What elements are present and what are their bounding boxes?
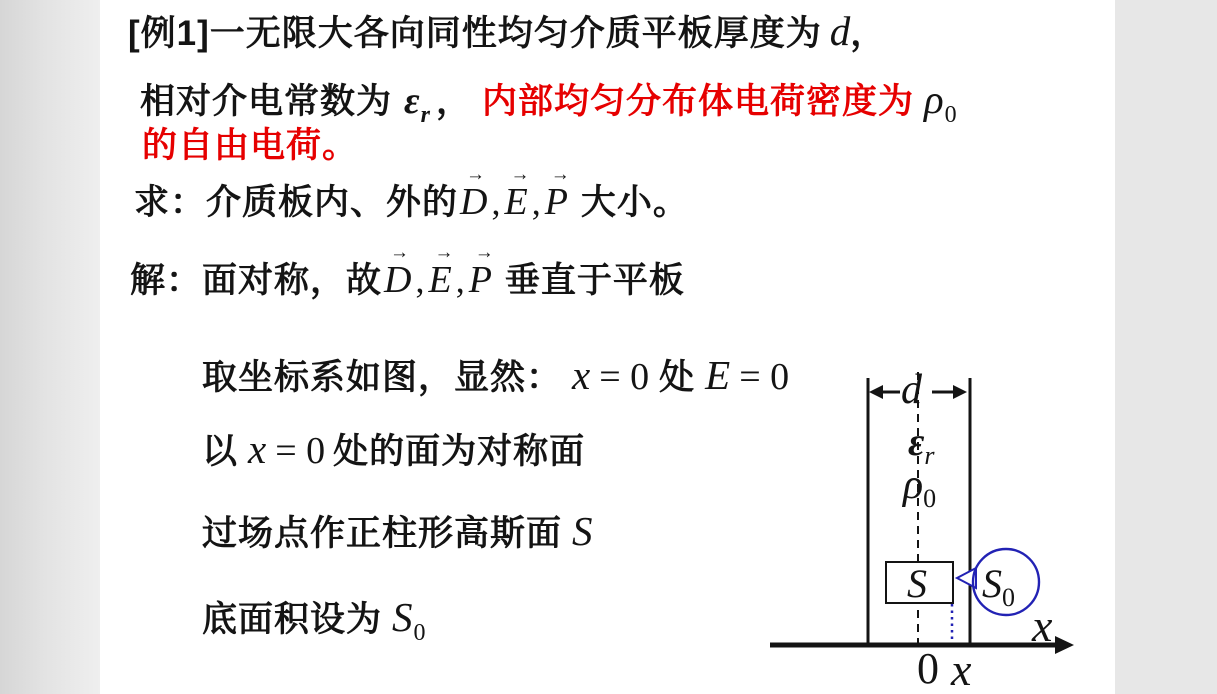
- vector-E: →E: [428, 259, 452, 299]
- line5-prefix: 解：面对称，故: [130, 261, 382, 300]
- vector-D-letter: D: [384, 259, 412, 301]
- vector-arrow-icon: →: [510, 165, 529, 184]
- line2-text: 相对介电常数为: [140, 82, 392, 121]
- line4-suffix: 大小。: [581, 183, 689, 222]
- x-axis-label: x: [1031, 600, 1053, 651]
- base-area-sub: 0: [1002, 583, 1015, 612]
- math-S0: S0: [392, 594, 426, 640]
- vector-P-letter: P: [469, 259, 493, 301]
- problem-statement-line2: 相对介电常数为εr，内部均匀分布体电荷密度为ρ0: [140, 74, 957, 130]
- vector-E-letter: E: [504, 181, 528, 223]
- question-line: 求：介质板内、外的→D,→E,→P大小。: [134, 180, 689, 225]
- diagram-epsilon: ε: [908, 419, 925, 464]
- epsilon-symbol: εr: [404, 80, 430, 122]
- epsilon-subscript: r: [421, 102, 430, 128]
- vector-arrow-icon: →: [475, 243, 494, 262]
- vector-D: →D: [460, 181, 488, 221]
- problem-statement-line1: [例1]一无限大各向同性均匀介质平板厚度为d，: [128, 6, 886, 57]
- rho-subscript: 0: [945, 102, 957, 128]
- field-point-label: x: [950, 644, 972, 694]
- vector-arrow-icon: →: [466, 165, 485, 184]
- comma: ,: [456, 260, 466, 300]
- thickness-label: d: [901, 367, 923, 413]
- comma: ,: [532, 182, 542, 222]
- line4-prefix: 求：介质板内、外的: [134, 183, 458, 222]
- diagram-epsilon-sub: r: [924, 441, 935, 470]
- line7-suffix: 处的面为对称面: [333, 432, 585, 471]
- math-E: E: [705, 352, 730, 398]
- problem-statement-line3: 的自由电荷。: [142, 124, 358, 168]
- vector-E: →E: [504, 181, 528, 221]
- math-x: x: [572, 352, 590, 398]
- vector-P-letter: P: [545, 181, 569, 223]
- vector-arrow-icon: →: [434, 243, 453, 262]
- line6-prefix: 取坐标系如图，显然：: [202, 358, 562, 397]
- x-axis-arrowhead-icon: [1055, 636, 1074, 654]
- line9-text: 底面积设为: [202, 600, 382, 639]
- right-margin-strip: [1115, 0, 1217, 694]
- epsilon-letter: ε: [404, 80, 420, 122]
- vector-E-letter: E: [428, 259, 452, 301]
- line1-text: [例1]一无限大各向同性均匀介质平板厚度为: [128, 14, 822, 53]
- vector-arrow-icon: →: [551, 165, 570, 184]
- line1-comma: ，: [850, 14, 886, 53]
- gauss-surface-line: 过场点作正柱形高斯面S: [202, 506, 593, 557]
- diagram-rho-sub: 0: [923, 484, 936, 513]
- left-margin-strip: [0, 0, 100, 694]
- vector-P: →P: [545, 181, 569, 221]
- solution-line: 解：面对称，故→D,→E,→P垂直于平板: [130, 258, 685, 303]
- vector-P: →P: [469, 259, 493, 299]
- math-S0-letter: S: [392, 594, 413, 640]
- comma: ,: [491, 182, 501, 222]
- line3-red-text: 的自由电荷。: [142, 126, 358, 165]
- vector-D-letter: D: [460, 181, 488, 223]
- thickness-arrow-right-head-icon: [953, 385, 967, 399]
- line5-suffix: 垂直于平板: [505, 261, 685, 300]
- line6-mid: 处: [659, 358, 695, 397]
- diagram-rho: ρ: [901, 462, 923, 508]
- base-area-letter: S: [982, 561, 1002, 606]
- base-area-line: 底面积设为S0: [202, 592, 426, 648]
- math-x: x: [248, 426, 266, 472]
- rho-symbol: ρ0: [924, 76, 957, 122]
- line7-pre: 以: [202, 432, 238, 471]
- symmetry-plane-line: 以x= 0处的面为对称面: [202, 424, 585, 476]
- gauss-surface-label: S: [907, 561, 927, 606]
- math-d: d: [830, 8, 851, 54]
- comma: ,: [415, 260, 425, 300]
- math-S: S: [572, 508, 593, 554]
- thickness-arrow-left-head-icon: [869, 385, 883, 399]
- lecture-slide: [例1]一无限大各向同性均匀介质平板厚度为d， 相对介电常数为εr，内部均匀分布…: [0, 0, 1217, 694]
- line2-comma: ，: [436, 82, 472, 121]
- origin-label: 0: [917, 644, 939, 693]
- line8-text: 过场点作正柱形高斯面: [202, 514, 562, 553]
- vector-arrow-icon: →: [390, 243, 409, 262]
- math-eq-zero: = 0: [599, 356, 649, 398]
- line2-red-text: 内部均匀分布体电荷密度为: [482, 82, 914, 121]
- rho-letter: ρ: [924, 76, 944, 122]
- math-S0-subscript: 0: [414, 620, 426, 646]
- math-eq-zero: = 0: [275, 430, 325, 472]
- slab-diagram: d εr ρ0 S S0 x 0 x: [760, 364, 1100, 694]
- vector-D: →D: [384, 259, 412, 299]
- coordinate-line: 取坐标系如图，显然：x= 0处E= 0: [202, 350, 789, 402]
